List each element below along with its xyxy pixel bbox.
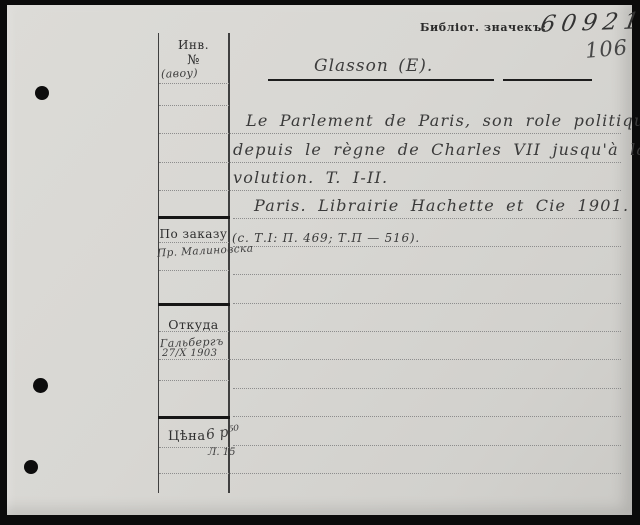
punch-hole <box>35 86 49 100</box>
rule-line <box>159 380 229 381</box>
rule-line <box>159 162 621 163</box>
ordered-by-value: Пр. Малиновска <box>157 242 254 259</box>
rule-line <box>159 133 621 134</box>
rule-line <box>159 190 621 191</box>
page-number-pencil: 106 <box>584 35 629 63</box>
title-line-1: Le Parlement de Paris, son role politiqu… <box>246 111 640 130</box>
title-line-3: volution. T. I-II. <box>233 168 388 187</box>
library-stamp-label: Библіот. значекъ: <box>420 21 547 34</box>
title-line-2: depuis le règne de Charles VII jusqu'à l… <box>233 140 640 159</box>
library-stamp-number: 60921 <box>538 8 640 38</box>
column-left-rule <box>158 33 159 493</box>
source-value-date: 27/X 1903 <box>162 348 217 359</box>
ordered-by-label: По заказу <box>158 227 229 241</box>
rule-line <box>233 445 621 446</box>
imprint-line: Paris. Librairie Hachette et Cie 1901. 8… <box>254 196 640 215</box>
divider-line <box>158 303 230 306</box>
punch-hole <box>33 378 48 393</box>
rule-line <box>233 218 621 219</box>
rule-line <box>233 246 621 247</box>
rule-line <box>233 303 621 304</box>
rule-line <box>159 473 621 474</box>
scanned-catalog-card: Библіот. значекъ: 60921 106 Инв. № (авоу… <box>0 0 640 525</box>
punch-hole <box>24 460 38 474</box>
divider-line <box>158 416 230 419</box>
rule-line <box>159 242 229 243</box>
rule-line <box>233 274 621 275</box>
inventory-label-line1: Инв. <box>158 38 229 52</box>
catalog-card: Библіот. значекъ: 60921 106 Инв. № (авоу… <box>7 5 632 515</box>
rule-line <box>233 416 621 417</box>
rule-line <box>159 270 229 271</box>
price-value: 6 р⁵⁰ <box>205 423 240 444</box>
price-value-secondary: Л. 15 <box>208 447 235 458</box>
entry-author-heading: Glasson (E). <box>314 56 433 76</box>
rule-line <box>159 83 229 84</box>
rule-line <box>159 359 621 360</box>
heading-underline <box>268 79 494 81</box>
heading-underline <box>503 79 592 81</box>
rule-line <box>159 105 229 106</box>
inventory-number-value: (авоу) <box>161 66 198 80</box>
divider-line <box>158 216 230 219</box>
rule-line <box>233 388 621 389</box>
price-label: Цѣна <box>168 429 206 444</box>
source-label: Откуда <box>158 317 229 332</box>
pagination-note: (с. Т.I: П. 469; Т.П — 516). <box>232 231 420 245</box>
